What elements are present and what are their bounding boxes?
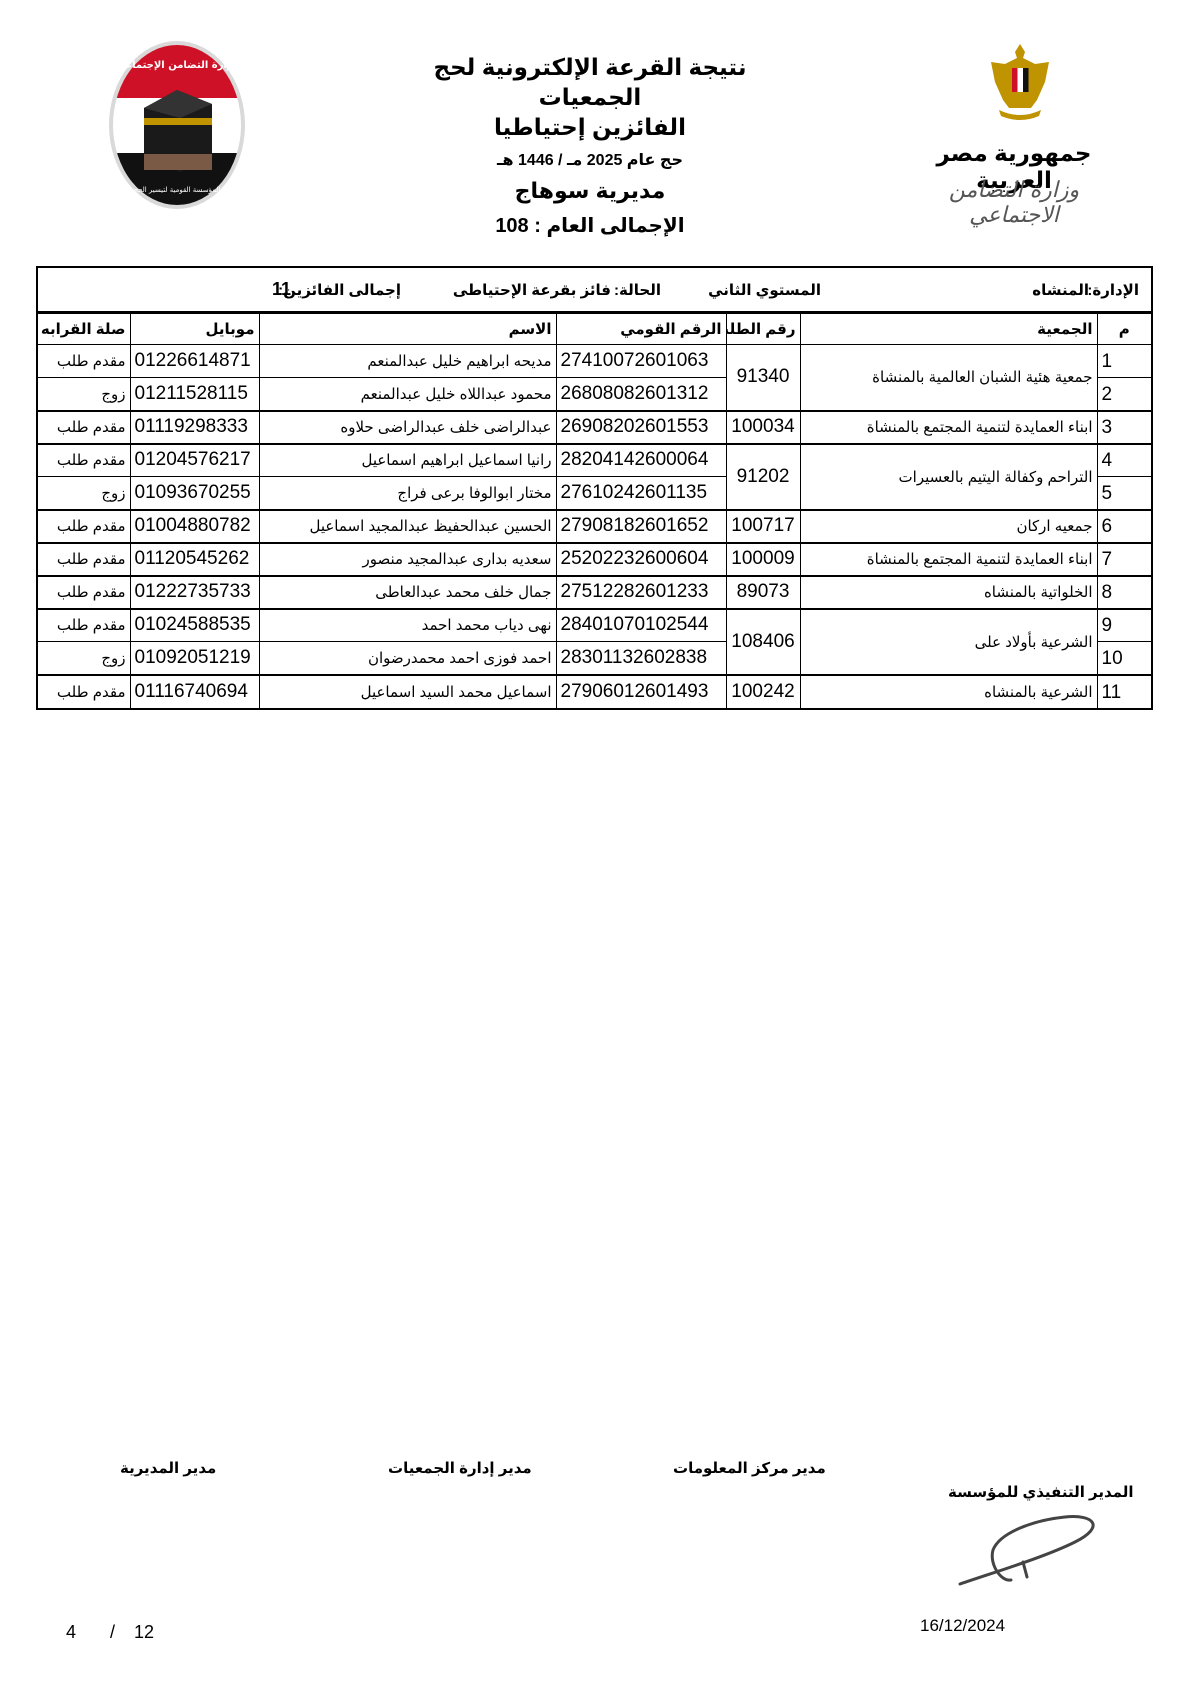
mobile-cell: 01211528115: [130, 378, 259, 411]
table-row: 3 ابناء العمايدة لتنمية المجتمع بالمنشاة…: [38, 411, 1151, 444]
name-cell: احمد فوزى احمد محمدرضوان: [259, 642, 556, 675]
relation-cell: مقدم طلب: [38, 345, 130, 378]
winners-table-container: الإدارة: المنشاه المستوي الثاني الحالة: …: [36, 266, 1153, 710]
association-cell: جمعية هئية الشبان العالمية بالمنشاة: [800, 345, 1097, 411]
report-date: 16/12/2024: [920, 1616, 1005, 1636]
page-separator: /: [110, 1622, 115, 1643]
name-cell: سعديه بدارى عبدالمجيد منصور: [259, 543, 556, 576]
mobile-cell: 01204576217: [130, 444, 259, 477]
request-no-cell: 91202: [726, 444, 800, 510]
request-no-cell: 108406: [726, 609, 800, 675]
name-cell: مديحه ابراهيم خليل عبدالمنعم: [259, 345, 556, 378]
col-header-mobile: موبايل: [130, 314, 259, 345]
relation-cell: مقدم طلب: [38, 543, 130, 576]
mobile-cell: 01222735733: [130, 576, 259, 609]
table-header-row: م الجمعية رقم الطلب الرقم القومي الاسم م…: [38, 314, 1151, 345]
mobile-cell: 01004880782: [130, 510, 259, 543]
association-cell: الخلواتية بالمنشاه: [800, 576, 1097, 609]
grand-total: الإجمالى العام : 108: [380, 208, 800, 244]
hajj-institution-logo: وزارة التضامن الإجتماعي المؤسسة القومية …: [104, 38, 250, 213]
col-header-relation: صلة القرابه: [38, 314, 130, 345]
row-index: 3: [1097, 411, 1151, 444]
col-header-association: الجمعية: [800, 314, 1097, 345]
relation-cell: مقدم طلب: [38, 576, 130, 609]
mobile-cell: 01093670255: [130, 477, 259, 510]
national-id-cell: 28301132602838: [556, 642, 726, 675]
signature-scribble: [955, 1512, 1105, 1592]
table-row: 4 التراحم وكفالة اليتيم بالعسيرات 91202 …: [38, 444, 1151, 477]
association-cell: جمعيه اركان: [800, 510, 1097, 543]
total-winners-label: إجمالى الفائزين:: [278, 281, 401, 299]
col-header-index: م: [1097, 314, 1151, 345]
row-index: 4: [1097, 444, 1151, 477]
relation-cell: مقدم طلب: [38, 675, 130, 708]
status-value: فائز بقرعة الإحتياطى: [453, 281, 611, 299]
association-cell: التراحم وكفالة اليتيم بالعسيرات: [800, 444, 1097, 510]
egypt-eagle-emblem: [985, 42, 1055, 124]
request-no-cell: 91340: [726, 345, 800, 411]
status-label: الحالة:: [614, 281, 661, 299]
relation-cell: مقدم طلب: [38, 444, 130, 477]
name-cell: مختار ابوالوفا برعى فراج: [259, 477, 556, 510]
table-row: 7 ابناء العمايدة لتنمية المجتمع بالمنشاة…: [38, 543, 1151, 576]
request-no-cell: 100009: [726, 543, 800, 576]
col-header-request-no: رقم الطلب: [726, 314, 800, 345]
name-cell: الحسين عبدالحفيظ عبدالمجيد اسماعيل: [259, 510, 556, 543]
page-current: 4: [66, 1622, 76, 1643]
sig-executive-director: المدير التنفيذي للمؤسسة: [948, 1483, 1133, 1501]
row-index: 2: [1097, 378, 1151, 411]
request-no-cell: 100242: [726, 675, 800, 708]
national-id-cell: 26908202601553: [556, 411, 726, 444]
name-cell: جمال خلف محمد عبدالعاطى: [259, 576, 556, 609]
association-cell: الشرعية بالمنشاه: [800, 675, 1097, 708]
relation-cell: مقدم طلب: [38, 609, 130, 642]
row-index: 10: [1097, 642, 1151, 675]
table-row: 6 جمعيه اركان 100717 27908182601652 الحس…: [38, 510, 1151, 543]
national-id-cell: 27410072601063: [556, 345, 726, 378]
directorate-name: مديرية سوهاج: [380, 174, 800, 208]
national-id-cell: 28401070102544: [556, 609, 726, 642]
total-winners-value: 11: [272, 279, 291, 300]
kaaba-emblem-icon: وزارة التضامن الإجتماعي المؤسسة القومية …: [104, 38, 250, 213]
row-index: 9: [1097, 609, 1151, 642]
national-id-cell: 26808082601312: [556, 378, 726, 411]
table-info-row: الإدارة: المنشاه المستوي الثاني الحالة: …: [38, 268, 1151, 313]
report-title-block: نتيجة القرعة الإلكترونية لحج الجمعيات ال…: [380, 52, 800, 244]
association-cell: الشرعية بأولاد على: [800, 609, 1097, 675]
name-cell: نهى دياب محمد احمد: [259, 609, 556, 642]
mobile-cell: 01119298333: [130, 411, 259, 444]
row-index: 8: [1097, 576, 1151, 609]
row-index: 5: [1097, 477, 1151, 510]
association-cell: ابناء العمايدة لتنمية المجتمع بالمنشاة: [800, 411, 1097, 444]
national-id-cell: 27610242601135: [556, 477, 726, 510]
mobile-cell: 01092051219: [130, 642, 259, 675]
mobile-cell: 01116740694: [130, 675, 259, 708]
relation-cell: زوج: [38, 378, 130, 411]
col-header-national-id: الرقم القومي: [556, 314, 726, 345]
row-index: 7: [1097, 543, 1151, 576]
mobile-cell: 01024588535: [130, 609, 259, 642]
svg-text:المؤسسة القومية لتيسير الحج: المؤسسة القومية لتيسير الحج: [134, 186, 221, 194]
table-row: 9 الشرعية بأولاد على 108406 284010701025…: [38, 609, 1151, 642]
relation-cell: مقدم طلب: [38, 411, 130, 444]
report-title: نتيجة القرعة الإلكترونية لحج الجمعيات: [380, 52, 800, 112]
page-total: 12: [134, 1622, 154, 1643]
mobile-cell: 01226614871: [130, 345, 259, 378]
name-cell: عبدالراضى خلف عبدالراضى حلاوه: [259, 411, 556, 444]
relation-cell: مقدم طلب: [38, 510, 130, 543]
table-row: 8 الخلواتية بالمنشاه 89073 2751228260123…: [38, 576, 1151, 609]
national-id-cell: 27908182601652: [556, 510, 726, 543]
level-value: المستوي الثاني: [708, 281, 821, 299]
table-row: 11 الشرعية بالمنشاه 100242 2790601260149…: [38, 675, 1151, 708]
sig-directorate-manager: مدير المديرية: [120, 1459, 216, 1477]
administration-value: المنشاه: [1032, 281, 1089, 299]
col-header-name: الاسم: [259, 314, 556, 345]
sig-info-center-manager: مدير مركز المعلومات: [673, 1459, 826, 1477]
request-no-cell: 89073: [726, 576, 800, 609]
table-row: 1 جمعية هئية الشبان العالمية بالمنشاة 91…: [38, 345, 1151, 378]
administration-label: الإدارة:: [1087, 281, 1139, 299]
national-id-cell: 25202232600604: [556, 543, 726, 576]
hajj-year: حج عام 2025 مـ / 1446 هـ: [380, 148, 800, 174]
svg-text:وزارة التضامن الإجتماعي: وزارة التضامن الإجتماعي: [115, 60, 239, 71]
ministry-subtitle: وزارة التضامن الاجتماعي: [910, 178, 1118, 228]
winners-table: م الجمعية رقم الطلب الرقم القومي الاسم م…: [38, 313, 1151, 708]
request-no-cell: 100034: [726, 411, 800, 444]
eagle-icon: [985, 42, 1055, 124]
row-index: 6: [1097, 510, 1151, 543]
sig-associations-manager: مدير إدارة الجمعيات: [388, 1459, 532, 1477]
relation-cell: زوج: [38, 642, 130, 675]
national-id-cell: 28204142600064: [556, 444, 726, 477]
national-id-cell: 27512282601233: [556, 576, 726, 609]
report-subtitle: الفائزين إحتياطيا: [380, 112, 800, 142]
name-cell: اسماعيل محمد السيد اسماعيل: [259, 675, 556, 708]
relation-cell: زوج: [38, 477, 130, 510]
request-no-cell: 100717: [726, 510, 800, 543]
name-cell: رانيا اسماعيل ابراهيم اسماعيل: [259, 444, 556, 477]
association-cell: ابناء العمايدة لتنمية المجتمع بالمنشاة: [800, 543, 1097, 576]
name-cell: محمود عبداللاه خليل عبدالمنعم: [259, 378, 556, 411]
row-index: 1: [1097, 345, 1151, 378]
mobile-cell: 01120545262: [130, 543, 259, 576]
signature-icon: [955, 1512, 1105, 1592]
national-id-cell: 27906012601493: [556, 675, 726, 708]
row-index: 11: [1097, 675, 1151, 708]
